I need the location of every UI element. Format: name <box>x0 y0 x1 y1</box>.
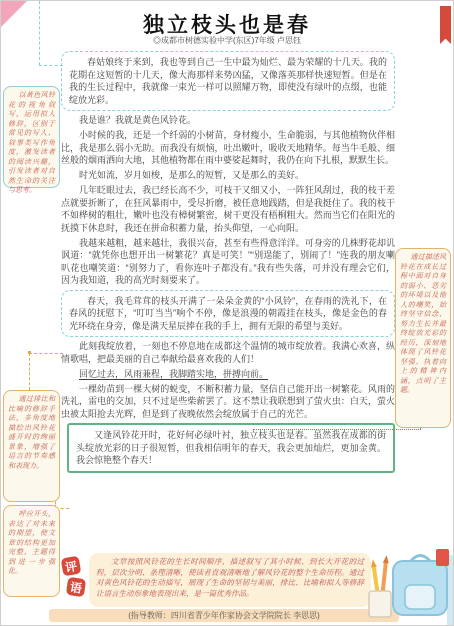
essay-paragraph: 我越来越粗，越来越壮，我很兴奋，甚至有些得意洋洋。可身旁的几株野花却讥讽道：“就… <box>61 237 395 287</box>
essay-paragraph: 小时候的我，还是一个纤弱的小树苗，身材瘦小，生命脆弱，与其他植物伙伴相比，我是那… <box>61 129 395 167</box>
connector-line <box>39 1 40 65</box>
footer-credit: (指导教师：四川省青少年作家协会文学院院长 李思思) <box>49 609 399 622</box>
margin-note-right-1: 通过描述风铃花在成长过程中面对自身的弱小、恶劣的环境以及他人的嘲笑，始终坚守信念… <box>395 248 451 428</box>
review-badge-ping: 评 <box>61 556 82 577</box>
connector-line <box>39 65 63 66</box>
connector-line <box>253 429 421 430</box>
review-badges: 评 语 <box>62 557 88 599</box>
essay-paragraph: 我是谁？我就是黄色风铃花。 <box>61 114 395 127</box>
highlight-box-opening: 春姑娘终于来到，我也等到自己一生中最为灿烂、最为荣耀的十几天。我的花期在这短暂的… <box>61 51 395 111</box>
margin-note-left-3: 呼应开头，表达了对未来的期望，使文章的结构更加完整，主题得到进一步强化。 <box>3 505 60 597</box>
essay-paragraph: 几年眨眼过去，我已经长高不少，可枝干又细又小，一阵狂风刮过，我的枝干差点就要折断… <box>61 184 395 234</box>
essay-paragraph: 时光如流，岁月如梭，是那么的短暂，又是那么的美好。 <box>61 169 395 182</box>
pencil-cup-icon <box>369 555 391 617</box>
essay-body: 春姑娘终于来到，我也等到自己一生中最为灿烂、最为荣耀的十几天。我的花期在这短暂的… <box>61 48 395 551</box>
teacher-review-text: 文章按照风铃花的生长时间顺序，描述叙写了其小时候、到长大开花的过程，层次分明、条… <box>89 553 371 607</box>
essay-paragraph: 春姑娘终于来到，我也等到自己一生中最为灿烂、最为荣耀的十几天。我的花期在这短暂的… <box>69 56 387 106</box>
backpack-pencils-illustration <box>361 545 453 623</box>
magazine-page: 独立枝头也是春 ◎成都市树德实验中学(东区)7年级 卢思钰 春姑娘终于来到，我也… <box>0 0 454 626</box>
essay-paragraph-underlined: 回忆过去，风雨兼程，我脚踏实地，拼搏向前。 <box>61 368 395 381</box>
essay-byline: ◎成都市树德实验中学(东区)7年级 卢思钰 <box>1 35 453 46</box>
highlight-box-spring: 春天，我毛茸茸的枝头开满了一朵朵金黄的“小风铃”，在春雨的洗礼下，在春风的抚慰下… <box>61 290 395 338</box>
connector-line <box>29 353 63 354</box>
margin-note-left-2: 通过排比和比喻的修辞手法，多角度地描绘出风铃花盛开时的绚丽景象，增强了语言的节奏… <box>3 390 60 502</box>
essay-paragraph: 此刻我绽放着，一刻也不停息地在成都这个温情的城市绽放着。我满心欢喜，纵情歌唱，把… <box>61 340 395 365</box>
highlight-box-conclusion: 又逢风铃花开时，花好何必绿叶衬，独立枝头也是春。虽然我在成都的街头绽放光彩的日子… <box>67 423 395 473</box>
red-book-icon <box>436 549 449 566</box>
essay-paragraph: 春天，我毛茸茸的枝头开满了一朵朵金黄的“小风铃”，在春雨的洗礼下，在春风的抚慰下… <box>69 295 387 333</box>
essay-paragraph: 又逢风铃花开时，花好何必绿叶衬，独立枝头也是春。虽然我在成都的街头绽放光彩的日子… <box>76 429 386 467</box>
margin-note-left-1: 以黄色风铃花的视角叙写，运用拟人修辞，区别于常见的写人、叙事类写作角度，激发读者… <box>3 86 60 188</box>
connector-line <box>29 353 30 390</box>
review-badge-yu: 语 <box>66 577 86 597</box>
essay-paragraph: 一棵幼苗到一棵大树的蜕变，不断积蓄力量，坚信自己能开出一树繁花。风雨的洗礼，雷电… <box>61 383 395 421</box>
connector-dot <box>28 351 31 354</box>
